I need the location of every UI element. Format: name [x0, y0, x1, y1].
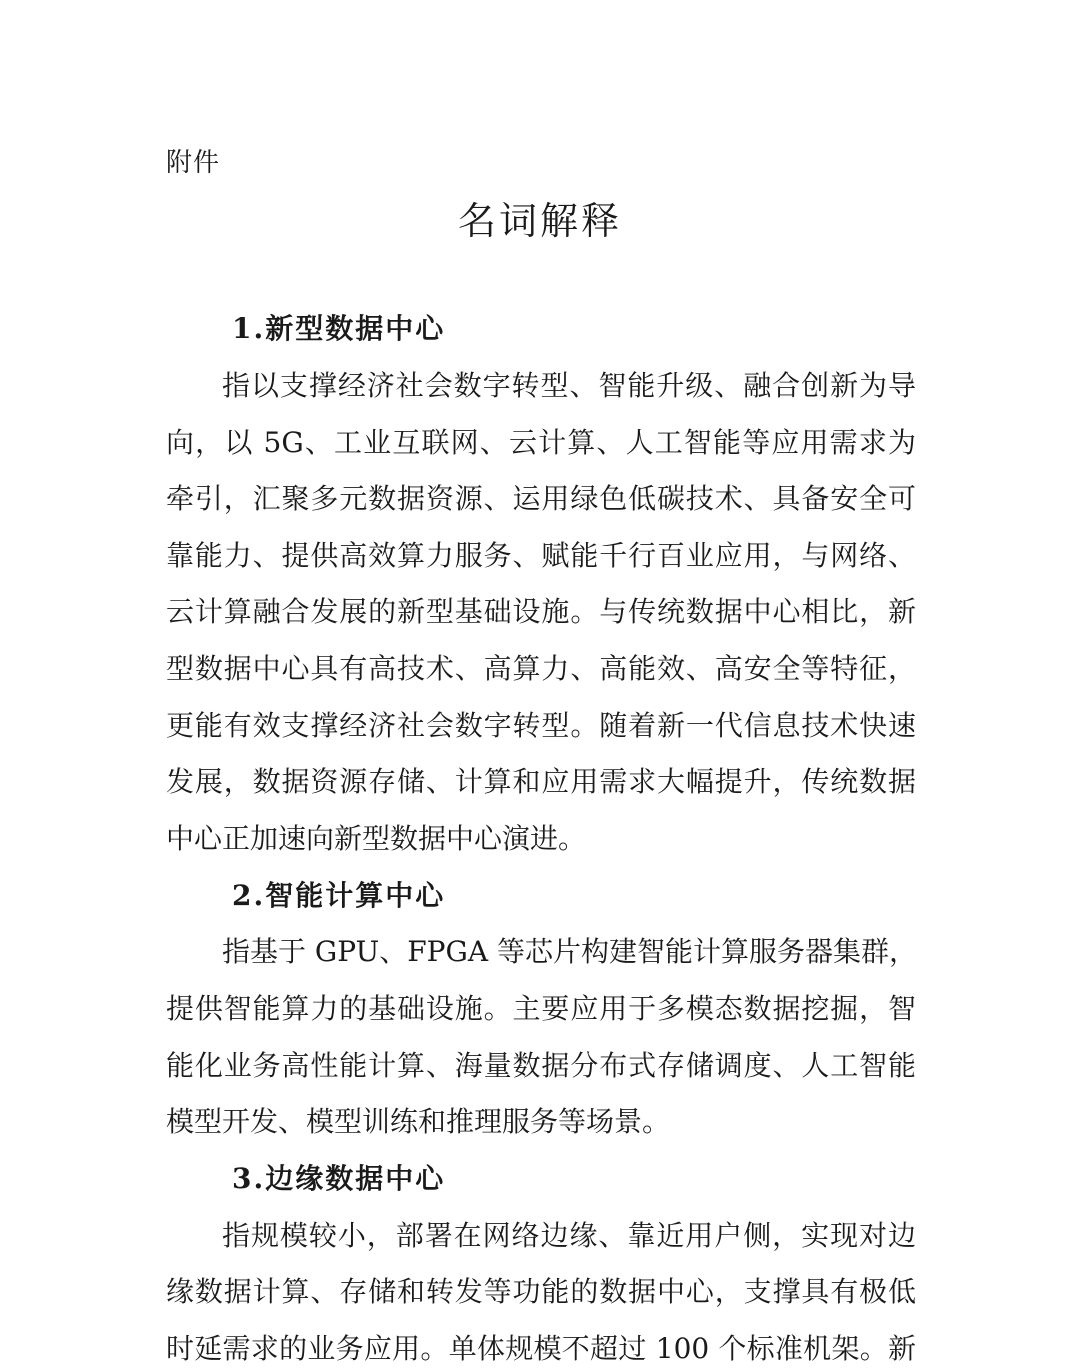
paragraph-line: 指基于 GPU、FPGA 等芯片构建智能计算服务器集群， [222, 932, 916, 972]
page-title: 名词解释 [0, 190, 1080, 245]
attachment-label: 附件 [166, 142, 220, 179]
paragraph-line: 指规模较小，部署在网络边缘、靠近用户侧，实现对边 [222, 1216, 916, 1256]
paragraph-line: 时延需求的业务应用。单体规模不超过 100 个标准机架。新 [166, 1329, 916, 1369]
paragraph-line: 云计算融合发展的新型基础设施。与传统数据中心相比，新 [166, 592, 916, 632]
paragraph-line: 靠能力、提供高效算力服务、赋能千行百业应用，与网络、 [166, 536, 916, 576]
paragraph-line: 型数据中心具有高技术、高算力、高能效、高安全等特征， [166, 649, 916, 689]
section-heading-2: 2.智能计算中心 [232, 876, 445, 916]
paragraph-line: 指以支撑经济社会数字转型、智能升级、融合创新为导 [222, 366, 916, 406]
paragraph-line: 牵引，汇聚多元数据资源、运用绿色低碳技术、具备安全可 [166, 479, 916, 519]
paragraph-line: 缘数据计算、存储和转发等功能的数据中心，支撑具有极低 [166, 1272, 916, 1312]
section-heading-1: 1.新型数据中心 [232, 309, 445, 349]
paragraph-line: 提供智能算力的基础设施。主要应用于多模态数据挖掘，智 [166, 989, 916, 1029]
section-heading-3: 3.边缘数据中心 [232, 1159, 445, 1199]
paragraph-line: 中心正加速向新型数据中心演进。 [166, 819, 916, 859]
paragraph-line: 发展，数据资源存储、计算和应用需求大幅提升，传统数据 [166, 762, 916, 802]
paragraph-line: 能化业务高性能计算、海量数据分布式存储调度、人工智能 [166, 1046, 916, 1086]
paragraph-line: 更能有效支撑经济社会数字转型。随着新一代信息技术快速 [166, 706, 916, 746]
paragraph-line: 向，以 5G、工业互联网、云计算、人工智能等应用需求为 [166, 423, 916, 463]
paragraph-line: 模型开发、模型训练和推理服务等场景。 [166, 1102, 916, 1142]
